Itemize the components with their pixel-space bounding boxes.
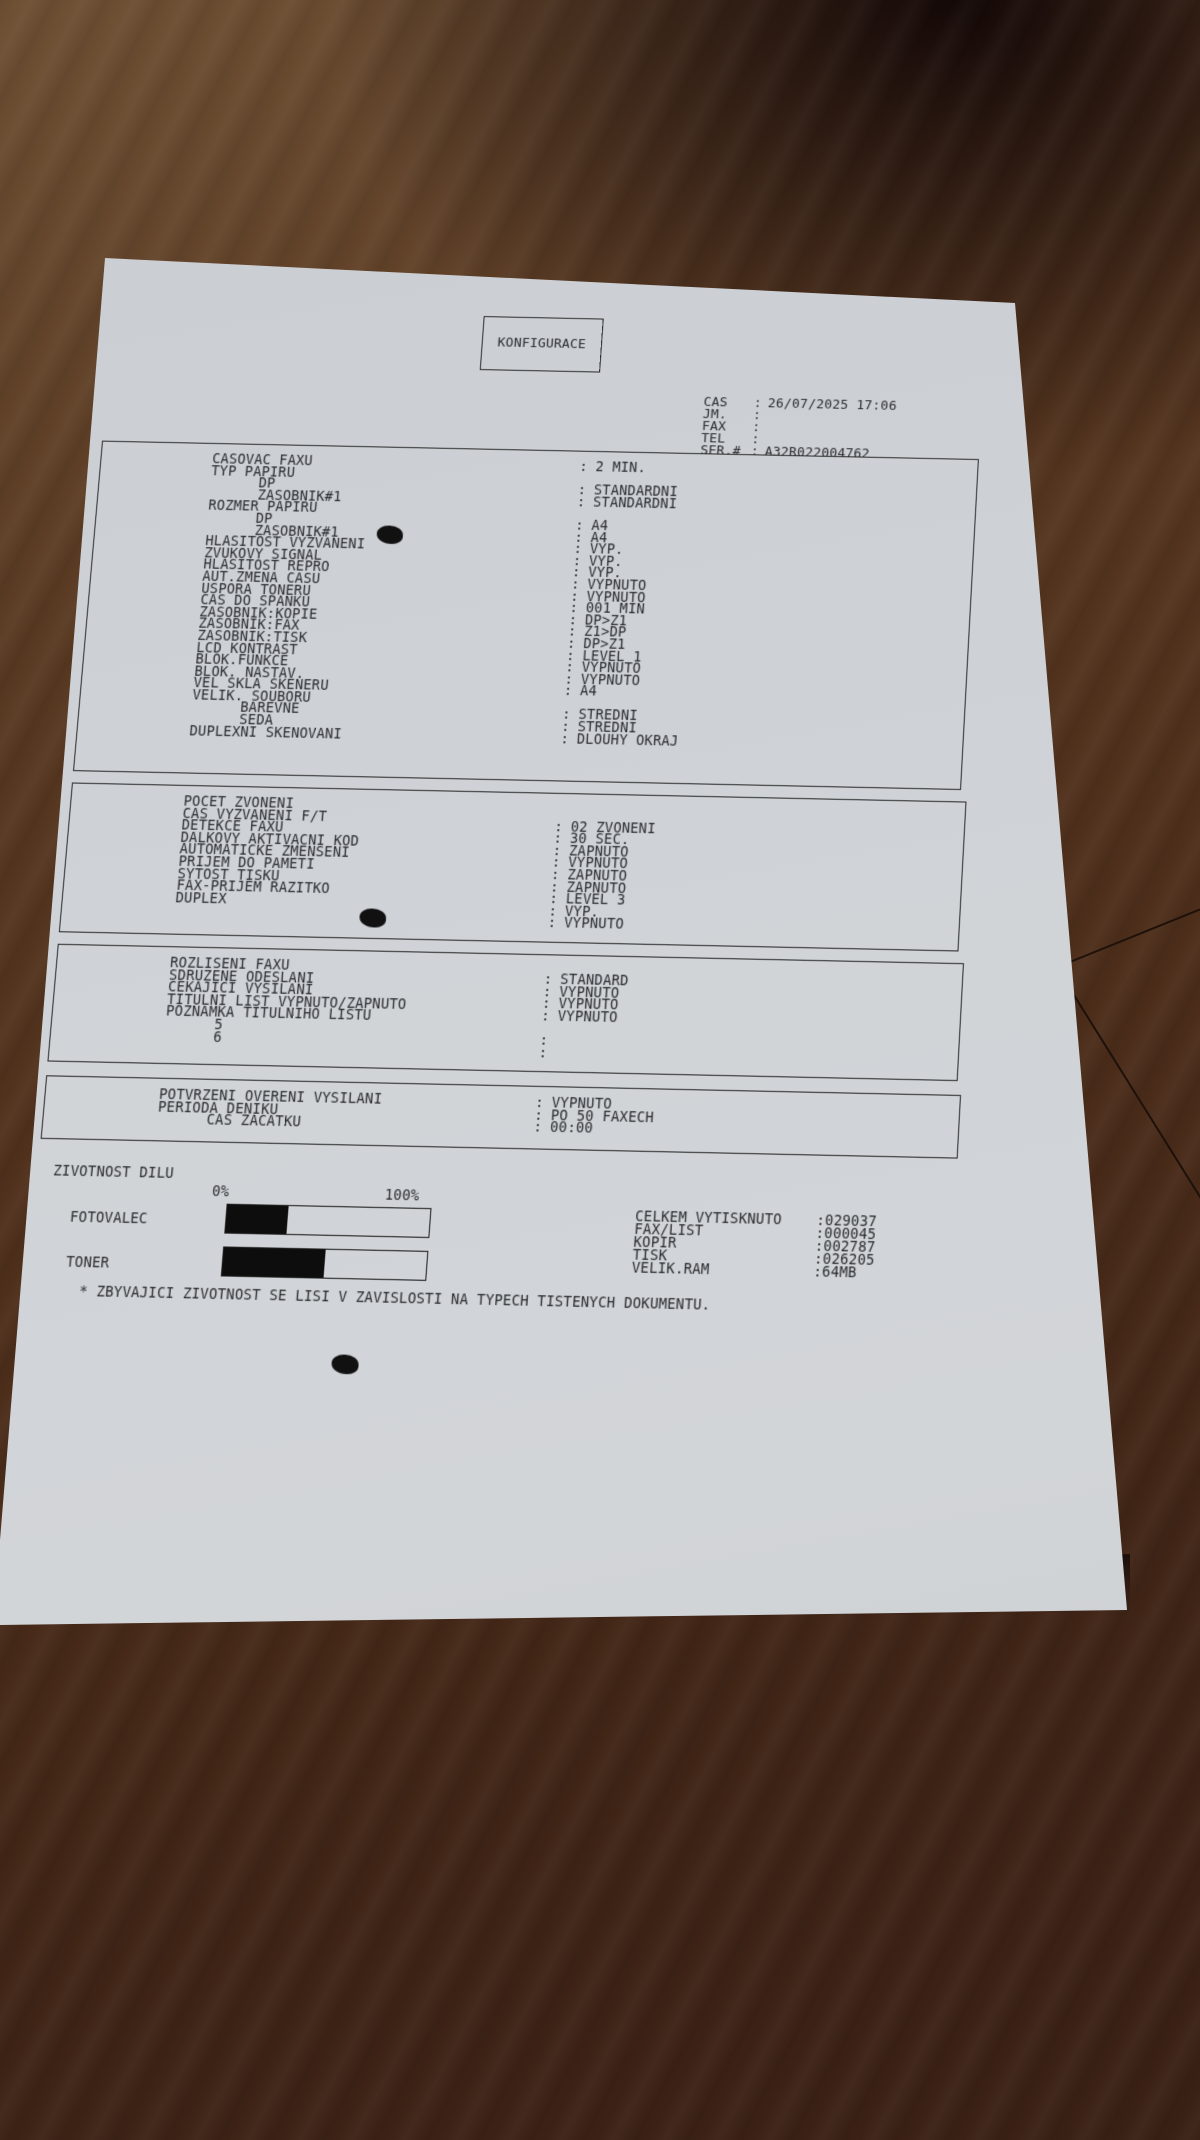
section-values: :02 ZVONENI:30 SEC.:ZAPNUTO:VYPNUTO:ZAPN… [547, 809, 657, 932]
section-general-settings: CASOVAC FAXUTYP PAPIRUDPZASOBNIK#1ROZMER… [73, 441, 979, 790]
section-values: :2 MIN.:STANDARDNI:STANDARDNI:A4:A4:VYP.… [560, 462, 696, 748]
setting-value: :STANDARDNI [577, 497, 695, 511]
section-labels: POTVRZENI OVERENI VYSILANIPERIODA DENIKU… [156, 1089, 382, 1131]
section-values: :STANDARD:VYPNUTO:VYPNUTO:VYPNUTO:: [538, 974, 629, 1061]
report-title: KONFIGURACE [480, 316, 604, 373]
header-value: 26/07/2025 17:06 [767, 398, 897, 413]
page-counters: CELKEM VYTISKNUTO:029037FAX/LIST:000045K… [631, 1210, 877, 1279]
drum-life-fill [225, 1205, 288, 1234]
toner-life-fill [222, 1248, 326, 1278]
setting-label: DUPLEXNI SKENOVANI [189, 726, 351, 741]
counter-value: :64MB [813, 1266, 857, 1280]
setting-value: :DLOUHY OKRAJ [560, 734, 679, 748]
section-labels: POCET ZVONENICAS VYZVANENI F/TDETEKCE FA… [175, 796, 362, 908]
drum-label: FOTOVALEC [69, 1212, 148, 1226]
section-report-settings: POTVRZENI OVERENI VYSILANIPERIODA DENIKU… [41, 1075, 961, 1158]
setting-value: : [538, 1047, 624, 1061]
toner-label: TONER [65, 1257, 109, 1270]
counter-label: VELIK.RAM [631, 1262, 813, 1279]
report-title-text: KONFIGURACE [497, 338, 586, 351]
scale-max-label: 100% [384, 1190, 419, 1203]
footnote: * ZBYVAJICI ZIVOTNOST SE LISI V ZAVISLOS… [79, 1286, 711, 1312]
section-receive-settings: POCET ZVONENICAS VYZVANENI F/TDETEKCE FA… [59, 782, 967, 951]
printed-page: KONFIGURACE CAS:26/07/2025 17:06JM.:FAX:… [0, 0, 1200, 2140]
section-values: :VYPNUTO:PO 50 FAXECH:00:00 [533, 1097, 655, 1136]
setting-label: ROZMER PAPIRU [208, 501, 368, 516]
floor-seam [1060, 868, 1200, 967]
section-labels: ROZLISENI FAXUSDRUZENE ODESLANICEKAJICI … [163, 958, 409, 1048]
setting-value: :VYPNUTO [547, 918, 649, 932]
configuration-report: KONFIGURACE CAS:26/07/2025 17:06JM.:FAX:… [0, 290, 1055, 1456]
header-info: CAS:26/07/2025 17:06JM.:FAX:TEL:SER.#:A3… [700, 397, 897, 461]
counter-row: VELIK.RAM:64MB [631, 1262, 874, 1280]
toner-life-bar [221, 1246, 429, 1280]
setting-label: TYP PAPIRU [211, 466, 371, 481]
scale-min-label: 0% [212, 1186, 230, 1199]
part-life-title: ZIVOTNOST DILU [53, 1166, 175, 1181]
drum-life-bar [224, 1204, 431, 1238]
section-send-settings: ROZLISENI FAXUSDRUZENE ODESLANICEKAJICI … [47, 944, 964, 1081]
setting-value: :2 MIN. [579, 462, 696, 476]
section-labels: CASOVAC FAXUTYP PAPIRUDPZASOBNIK#1ROZMER… [189, 454, 372, 741]
toner-blot [331, 1354, 360, 1374]
